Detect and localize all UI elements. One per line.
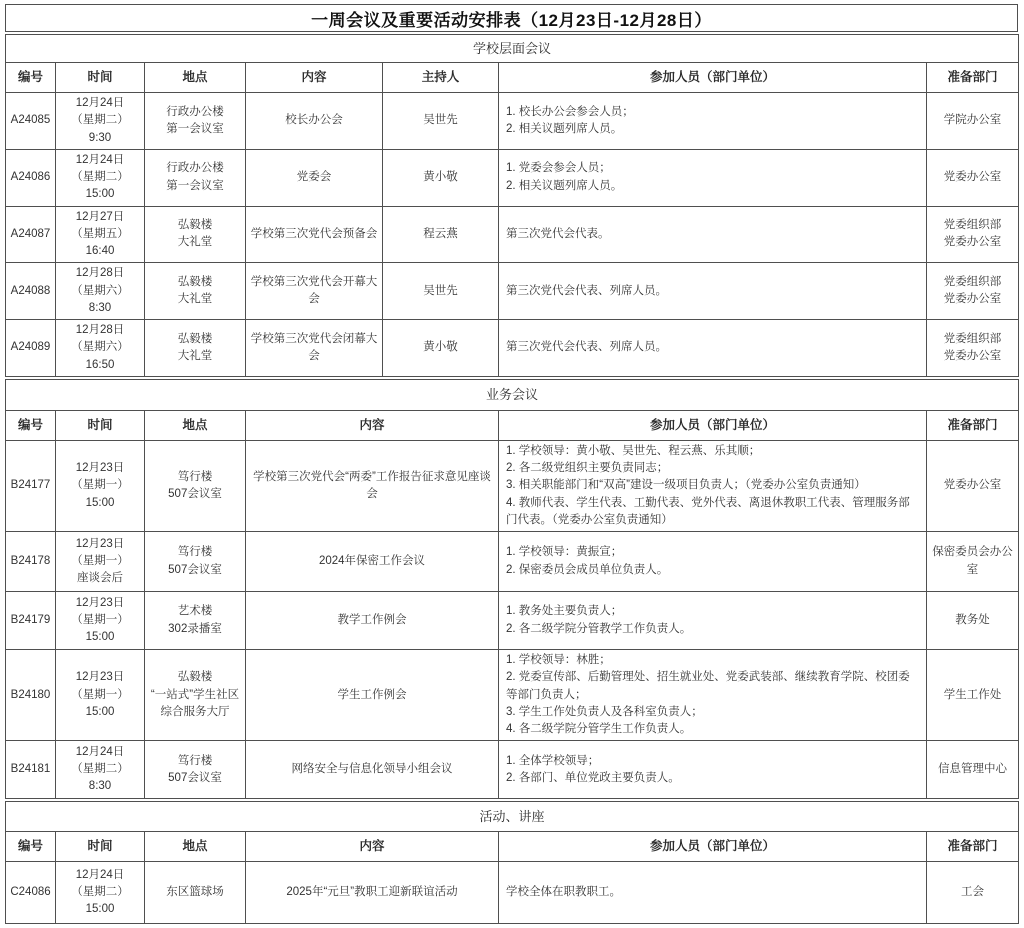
- cell-prep: 党委组织部 党委办公室: [927, 320, 1019, 377]
- cell-time: 12月23日 （星期一） 15:00: [56, 592, 145, 650]
- cell-place: 东区篮球场: [145, 862, 246, 924]
- cell-time: 12月27日 （星期五） 16:40: [56, 206, 145, 263]
- section-band: 活动、讲座: [6, 802, 1019, 832]
- cell-participants: 第三次党代会代表、列席人员。: [499, 263, 927, 320]
- cell-content: 教学工作例会: [246, 592, 499, 650]
- business-meetings-table: 业务会议 编号 时间 地点 内容 参加人员（部门单位） 准备部门 B24177 …: [5, 379, 1019, 800]
- cell-time: 12月24日 （星期二） 15:00: [56, 149, 145, 206]
- column-header-id: 编号: [6, 832, 56, 862]
- cell-place: 笃行楼 507会议室: [145, 741, 246, 799]
- cell-place: 笃行楼 507会议室: [145, 532, 246, 592]
- cell-content: 2024年保密工作会议: [246, 532, 499, 592]
- header-row: 编号 时间 地点 内容 参加人员（部门单位） 准备部门: [6, 410, 1019, 440]
- table-row: B24181 12月24日 （星期二） 8:30 笃行楼 507会议室 网络安全…: [6, 741, 1019, 799]
- cell-participants: 1. 学校领导：黄振宣； 2. 保密委员会成员单位负责人。: [499, 532, 927, 592]
- column-header-prep: 准备部门: [927, 832, 1019, 862]
- cell-participants: 1. 党委会参会人员； 2. 相关议题列席人员。: [499, 149, 927, 206]
- section-title: 业务会议: [6, 379, 1019, 410]
- cell-participants: 1. 教务处主要负责人； 2. 各二级学院分管教学工作负责人。: [499, 592, 927, 650]
- cell-time: 12月28日 （星期六） 8:30: [56, 263, 145, 320]
- cell-id: A24088: [6, 263, 56, 320]
- cell-prep: 党委组织部 党委办公室: [927, 206, 1019, 263]
- page-title: 一周会议及重要活动安排表（12月23日-12月28日）: [5, 4, 1018, 32]
- table-row: B24180 12月23日 （星期一） 15:00 弘毅楼 “一站式”学生社区 …: [6, 650, 1019, 741]
- cell-content: 网络安全与信息化领导小组会议: [246, 741, 499, 799]
- column-header-place: 地点: [145, 832, 246, 862]
- column-header-participants: 参加人员（部门单位）: [499, 410, 927, 440]
- cell-host: 吴世先: [383, 263, 499, 320]
- section-title: 学校层面会议: [6, 35, 1019, 63]
- column-header-time: 时间: [56, 63, 145, 93]
- table-row: B24179 12月23日 （星期一） 15:00 艺术楼 302录播室 教学工…: [6, 592, 1019, 650]
- section-title: 活动、讲座: [6, 802, 1019, 832]
- cell-place: 行政办公楼 第一会议室: [145, 93, 246, 150]
- cell-place: 笃行楼 507会议室: [145, 440, 246, 531]
- column-header-content: 内容: [246, 410, 499, 440]
- cell-time: 12月23日 （星期一） 15:00: [56, 440, 145, 531]
- table-row: A24085 12月24日 （星期二） 9:30 行政办公楼 第一会议室 校长办…: [6, 93, 1019, 150]
- cell-content: 学校第三次党代会预备会: [246, 206, 383, 263]
- cell-id: A24089: [6, 320, 56, 377]
- cell-place: 弘毅楼 大礼堂: [145, 320, 246, 377]
- cell-time: 12月23日 （星期一） 15:00: [56, 650, 145, 741]
- cell-participants: 学校全体在职教职工。: [499, 862, 927, 924]
- cell-id: B24177: [6, 440, 56, 531]
- cell-time: 12月24日 （星期二） 15:00: [56, 862, 145, 924]
- cell-host: 黄小敬: [383, 149, 499, 206]
- cell-place: 弘毅楼 大礼堂: [145, 263, 246, 320]
- cell-time: 12月24日 （星期二） 9:30: [56, 93, 145, 150]
- cell-participants: 1. 学校领导：林胜； 2. 党委宣传部、后勤管理处、招生就业处、党委武装部、继…: [499, 650, 927, 741]
- cell-content: 校长办公会: [246, 93, 383, 150]
- column-header-content: 内容: [246, 63, 383, 93]
- table-row: A24086 12月24日 （星期二） 15:00 行政办公楼 第一会议室 党委…: [6, 149, 1019, 206]
- header-row: 编号 时间 地点 内容 主持人 参加人员（部门单位） 准备部门: [6, 63, 1019, 93]
- cell-id: A24085: [6, 93, 56, 150]
- table-row: A24088 12月28日 （星期六） 8:30 弘毅楼 大礼堂 学校第三次党代…: [6, 263, 1019, 320]
- column-header-place: 地点: [145, 63, 246, 93]
- cell-id: A24087: [6, 206, 56, 263]
- cell-prep: 学生工作处: [927, 650, 1019, 741]
- cell-id: C24086: [6, 862, 56, 924]
- cell-place: 行政办公楼 第一会议室: [145, 149, 246, 206]
- section-band: 业务会议: [6, 379, 1019, 410]
- column-header-content: 内容: [246, 832, 499, 862]
- table-row: B24178 12月23日 （星期一） 座谈会后 笃行楼 507会议室 2024…: [6, 532, 1019, 592]
- table-row: C24086 12月24日 （星期二） 15:00 东区篮球场 2025年“元旦…: [6, 862, 1019, 924]
- cell-participants: 第三次党代会代表、列席人员。: [499, 320, 927, 377]
- cell-host: 程云燕: [383, 206, 499, 263]
- cell-prep: 信息管理中心: [927, 741, 1019, 799]
- cell-content: 2025年“元旦”教职工迎新联谊活动: [246, 862, 499, 924]
- cell-host: 吴世先: [383, 93, 499, 150]
- header-row: 编号 时间 地点 内容 参加人员（部门单位） 准备部门: [6, 832, 1019, 862]
- column-header-host: 主持人: [383, 63, 499, 93]
- cell-participants: 第三次党代会代表。: [499, 206, 927, 263]
- table-row: B24177 12月23日 （星期一） 15:00 笃行楼 507会议室 学校第…: [6, 440, 1019, 531]
- cell-id: A24086: [6, 149, 56, 206]
- cell-host: 黄小敬: [383, 320, 499, 377]
- cell-prep: 学院办公室: [927, 93, 1019, 150]
- cell-prep: 保密委员会办公室: [927, 532, 1019, 592]
- column-header-time: 时间: [56, 832, 145, 862]
- cell-place: 艺术楼 302录播室: [145, 592, 246, 650]
- cell-time: 12月24日 （星期二） 8:30: [56, 741, 145, 799]
- cell-prep: 教务处: [927, 592, 1019, 650]
- cell-content: 学校第三次党代会开幕大会: [246, 263, 383, 320]
- cell-time: 12月28日 （星期六） 16:50: [56, 320, 145, 377]
- column-header-id: 编号: [6, 63, 56, 93]
- column-header-id: 编号: [6, 410, 56, 440]
- cell-participants: 1. 全体学校领导； 2. 各部门、单位党政主要负责人。: [499, 741, 927, 799]
- cell-place: 弘毅楼 大礼堂: [145, 206, 246, 263]
- column-header-participants: 参加人员（部门单位）: [499, 63, 927, 93]
- cell-prep: 工会: [927, 862, 1019, 924]
- cell-time: 12月23日 （星期一） 座谈会后: [56, 532, 145, 592]
- section-band: 学校层面会议: [6, 35, 1019, 63]
- cell-id: B24181: [6, 741, 56, 799]
- cell-content: 学生工作例会: [246, 650, 499, 741]
- cell-id: B24180: [6, 650, 56, 741]
- cell-participants: 1. 学校领导：黄小敬、吴世先、程云燕、乐其顺； 2. 各二级党组织主要负责同志…: [499, 440, 927, 531]
- schedule-document: 一周会议及重要活动安排表（12月23日-12月28日） 学校层面会议 编号 时间…: [5, 4, 1018, 924]
- cell-id: B24179: [6, 592, 56, 650]
- cell-content: 学校第三次党代会“两委”工作报告征求意见座谈会: [246, 440, 499, 531]
- school-level-meetings-table: 学校层面会议 编号 时间 地点 内容 主持人 参加人员（部门单位） 准备部门 A…: [5, 34, 1019, 377]
- column-header-prep: 准备部门: [927, 63, 1019, 93]
- column-header-prep: 准备部门: [927, 410, 1019, 440]
- cell-prep: 党委办公室: [927, 149, 1019, 206]
- cell-place: 弘毅楼 “一站式”学生社区 综合服务大厅: [145, 650, 246, 741]
- column-header-participants: 参加人员（部门单位）: [499, 832, 927, 862]
- activities-lectures-table: 活动、讲座 编号 时间 地点 内容 参加人员（部门单位） 准备部门 C24086…: [5, 801, 1019, 924]
- column-header-place: 地点: [145, 410, 246, 440]
- cell-prep: 党委办公室: [927, 440, 1019, 531]
- table-row: A24087 12月27日 （星期五） 16:40 弘毅楼 大礼堂 学校第三次党…: [6, 206, 1019, 263]
- cell-content: 学校第三次党代会闭幕大会: [246, 320, 383, 377]
- cell-id: B24178: [6, 532, 56, 592]
- cell-prep: 党委组织部 党委办公室: [927, 263, 1019, 320]
- table-row: A24089 12月28日 （星期六） 16:50 弘毅楼 大礼堂 学校第三次党…: [6, 320, 1019, 377]
- cell-content: 党委会: [246, 149, 383, 206]
- cell-participants: 1. 校长办公会参会人员； 2. 相关议题列席人员。: [499, 93, 927, 150]
- column-header-time: 时间: [56, 410, 145, 440]
